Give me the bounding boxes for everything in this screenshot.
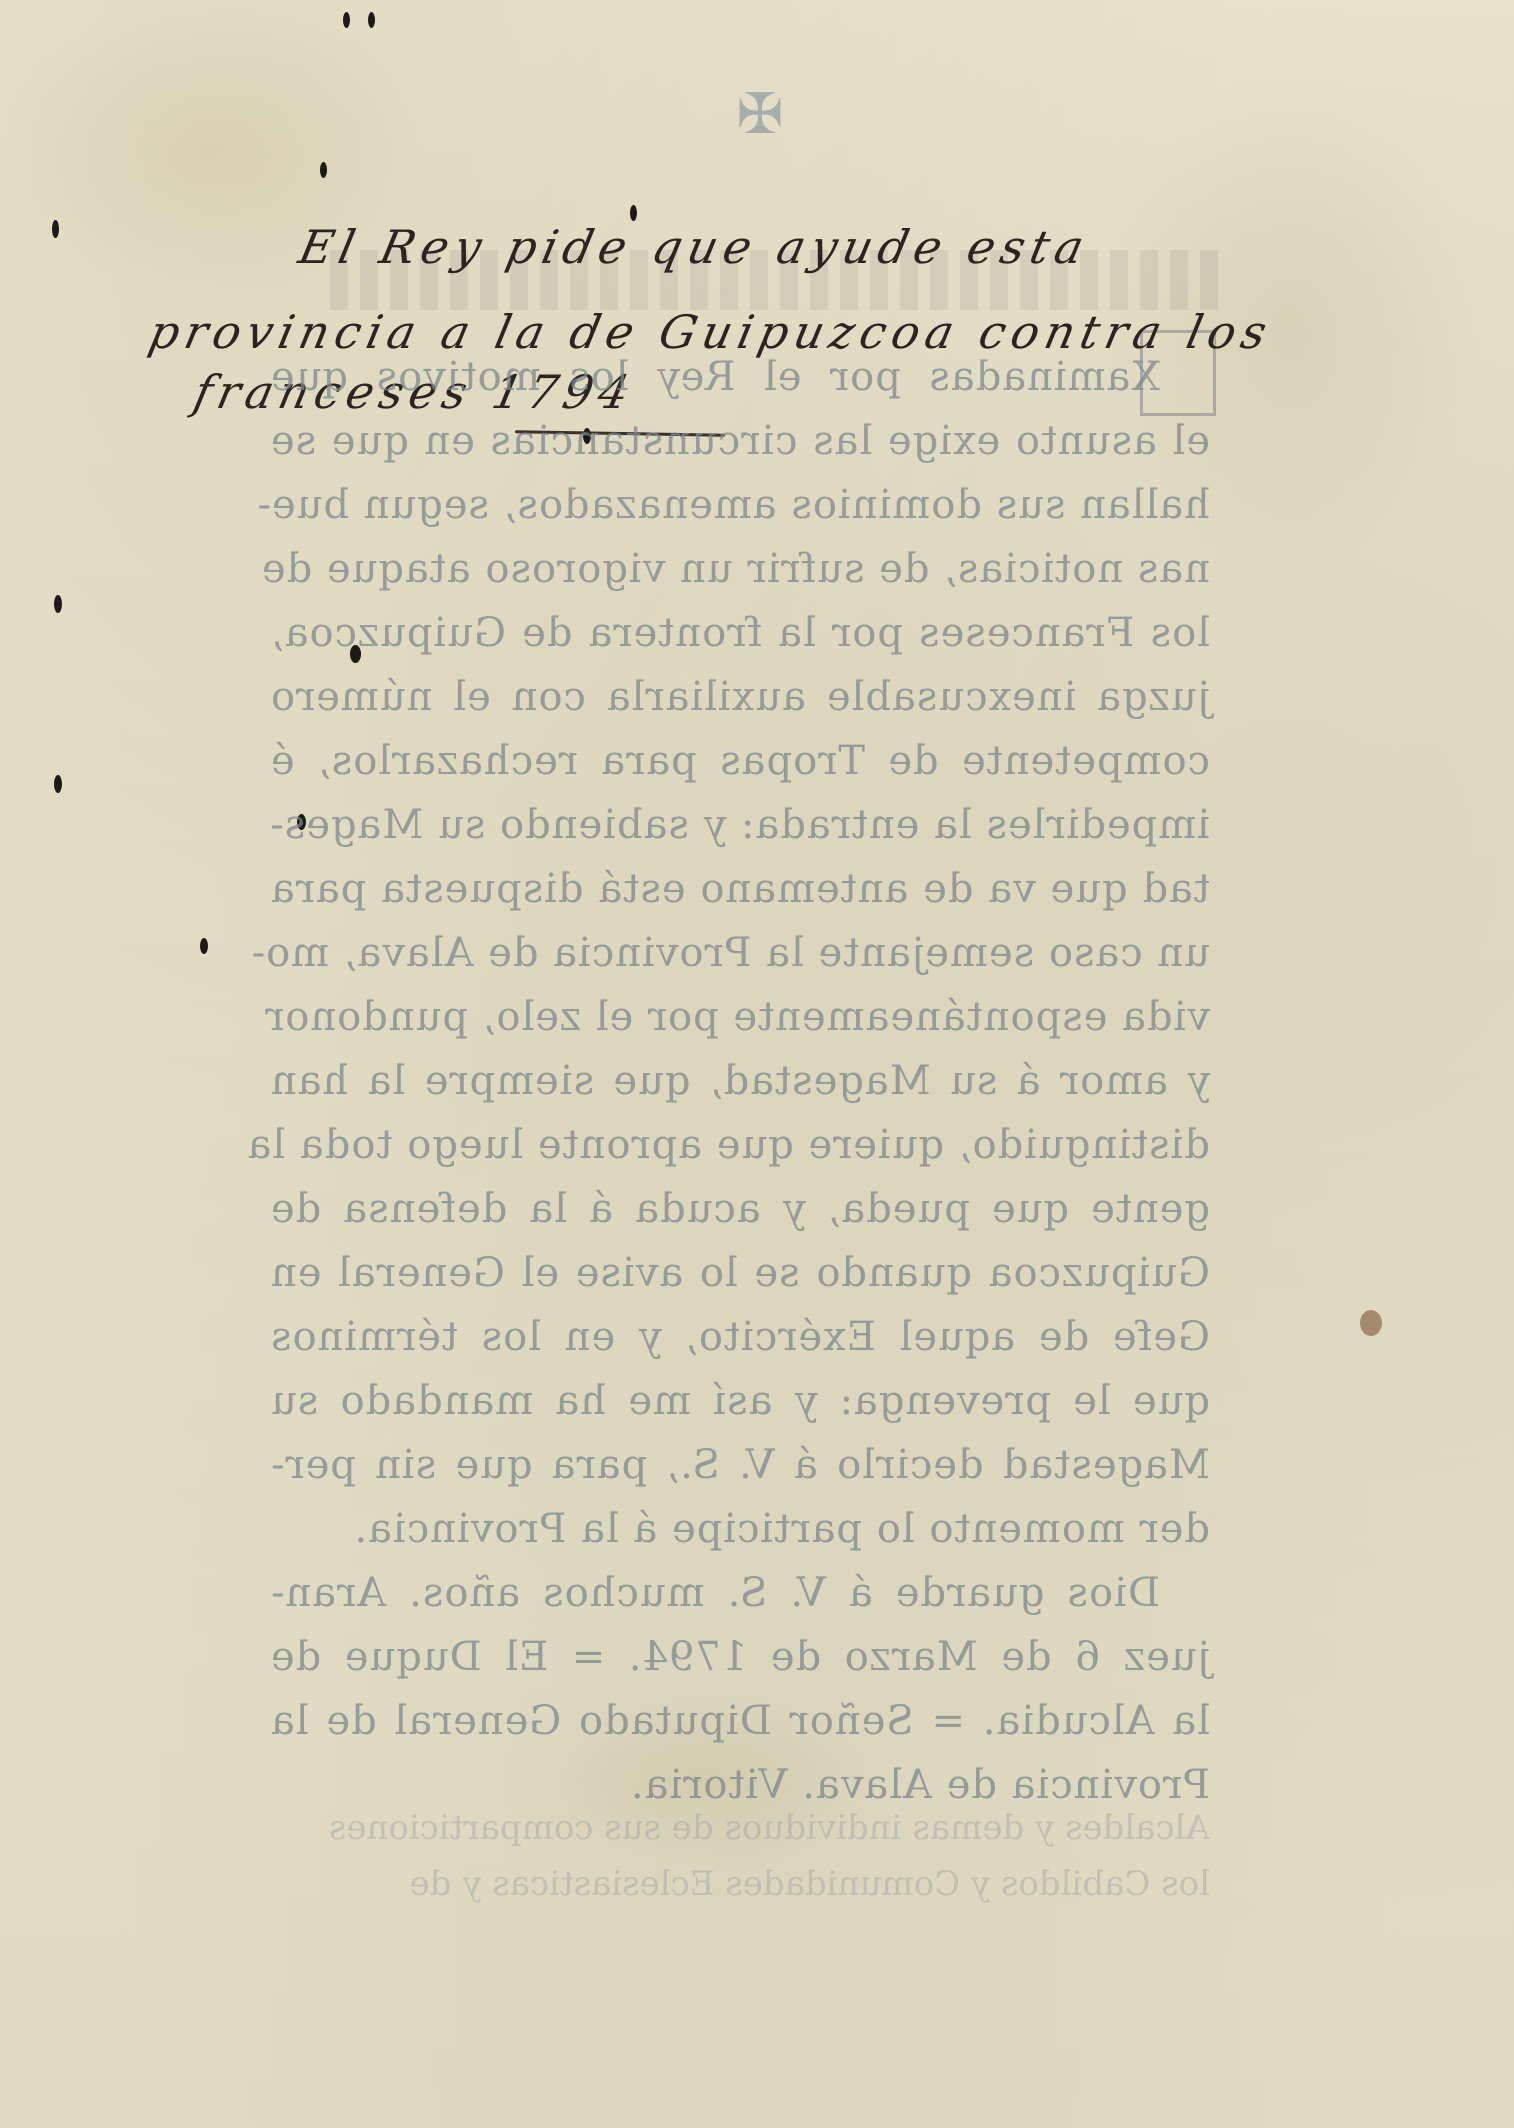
document-page: ✠ El Rey pide que ayude esta provincia a… <box>0 0 1514 2128</box>
annotation-line-1: El Rey pide que ayude esta <box>294 220 1094 274</box>
pin-hole <box>54 595 62 613</box>
faint-bleed-bottom: Alcaldes y demas individuos de sus compa… <box>210 1800 1210 1912</box>
bleed-line: vida espontáneamente por el zelo, pundon… <box>270 985 1210 1049</box>
ink-spot <box>1360 1310 1382 1336</box>
bleed-line: el asunto exige las circunstancias en qu… <box>270 409 1210 473</box>
pin-hole <box>52 220 59 238</box>
bleed-line: hallan sus dominios amenazados, segun bu… <box>270 473 1210 537</box>
bleed-through-text: Xaminadas por el Rey los motivos que el … <box>270 345 1210 1817</box>
bleed-line: los Franceses por la frontera de Guipuzc… <box>270 601 1210 665</box>
pin-hole <box>343 12 350 28</box>
bleed-line: tad que va de antemano está dispuesta pa… <box>270 857 1210 921</box>
bleed-line: Gefe de aquel Exército, y en los término… <box>270 1305 1210 1369</box>
bleed-line: juez 6 de Marzo de 1794. = El Duque de <box>270 1625 1210 1689</box>
pin-hole <box>368 12 375 28</box>
bleed-line: nas noticias, de sufrir un vigoroso ataq… <box>270 537 1210 601</box>
pin-hole <box>54 775 62 793</box>
bleed-line: Dios guarde á V. S. muchos años. Aran- <box>270 1561 1210 1625</box>
faint-bleed-line: Alcaldes y demas individuos de sus compa… <box>210 1800 1210 1856</box>
pin-hole <box>630 205 637 221</box>
faint-bleed-line: los Cabildos y Comunidades Eclesiasticas… <box>210 1856 1210 1912</box>
bleed-line: que le prevenga: y así me ha mandado su <box>270 1369 1210 1433</box>
bleed-line: competente de Tropas para rechazarlos, é <box>270 729 1210 793</box>
bleed-line: un caso semejante la Provincia de Alava,… <box>270 921 1210 985</box>
bleed-line: der momento lo participe á la Provincia. <box>270 1497 1210 1561</box>
bleed-line: Magestad decirlo á V. S., para que sin p… <box>270 1433 1210 1497</box>
pin-hole <box>320 162 327 178</box>
pin-hole <box>200 938 208 954</box>
bleed-line: gente que pueda, y acuda á la defensa de <box>270 1177 1210 1241</box>
bleed-line: distinguido, quiere que apronte luego to… <box>270 1113 1210 1177</box>
bleed-line: Xaminadas por el Rey los motivos que <box>270 345 1210 409</box>
bleed-line: impedirles la entrada: y sabiendo su Mag… <box>270 793 1210 857</box>
bleed-line: y amor á su Magestad, que siempre la han <box>270 1049 1210 1113</box>
bleed-line: juzga inexcusable auxiliarla con el núme… <box>270 665 1210 729</box>
bleed-line: Guipuzcoa quando se lo avise el General … <box>270 1241 1210 1305</box>
cross-ornament-icon: ✠ <box>730 80 790 150</box>
bleed-line: la Alcudia. = Señor Diputado General de … <box>270 1689 1210 1753</box>
